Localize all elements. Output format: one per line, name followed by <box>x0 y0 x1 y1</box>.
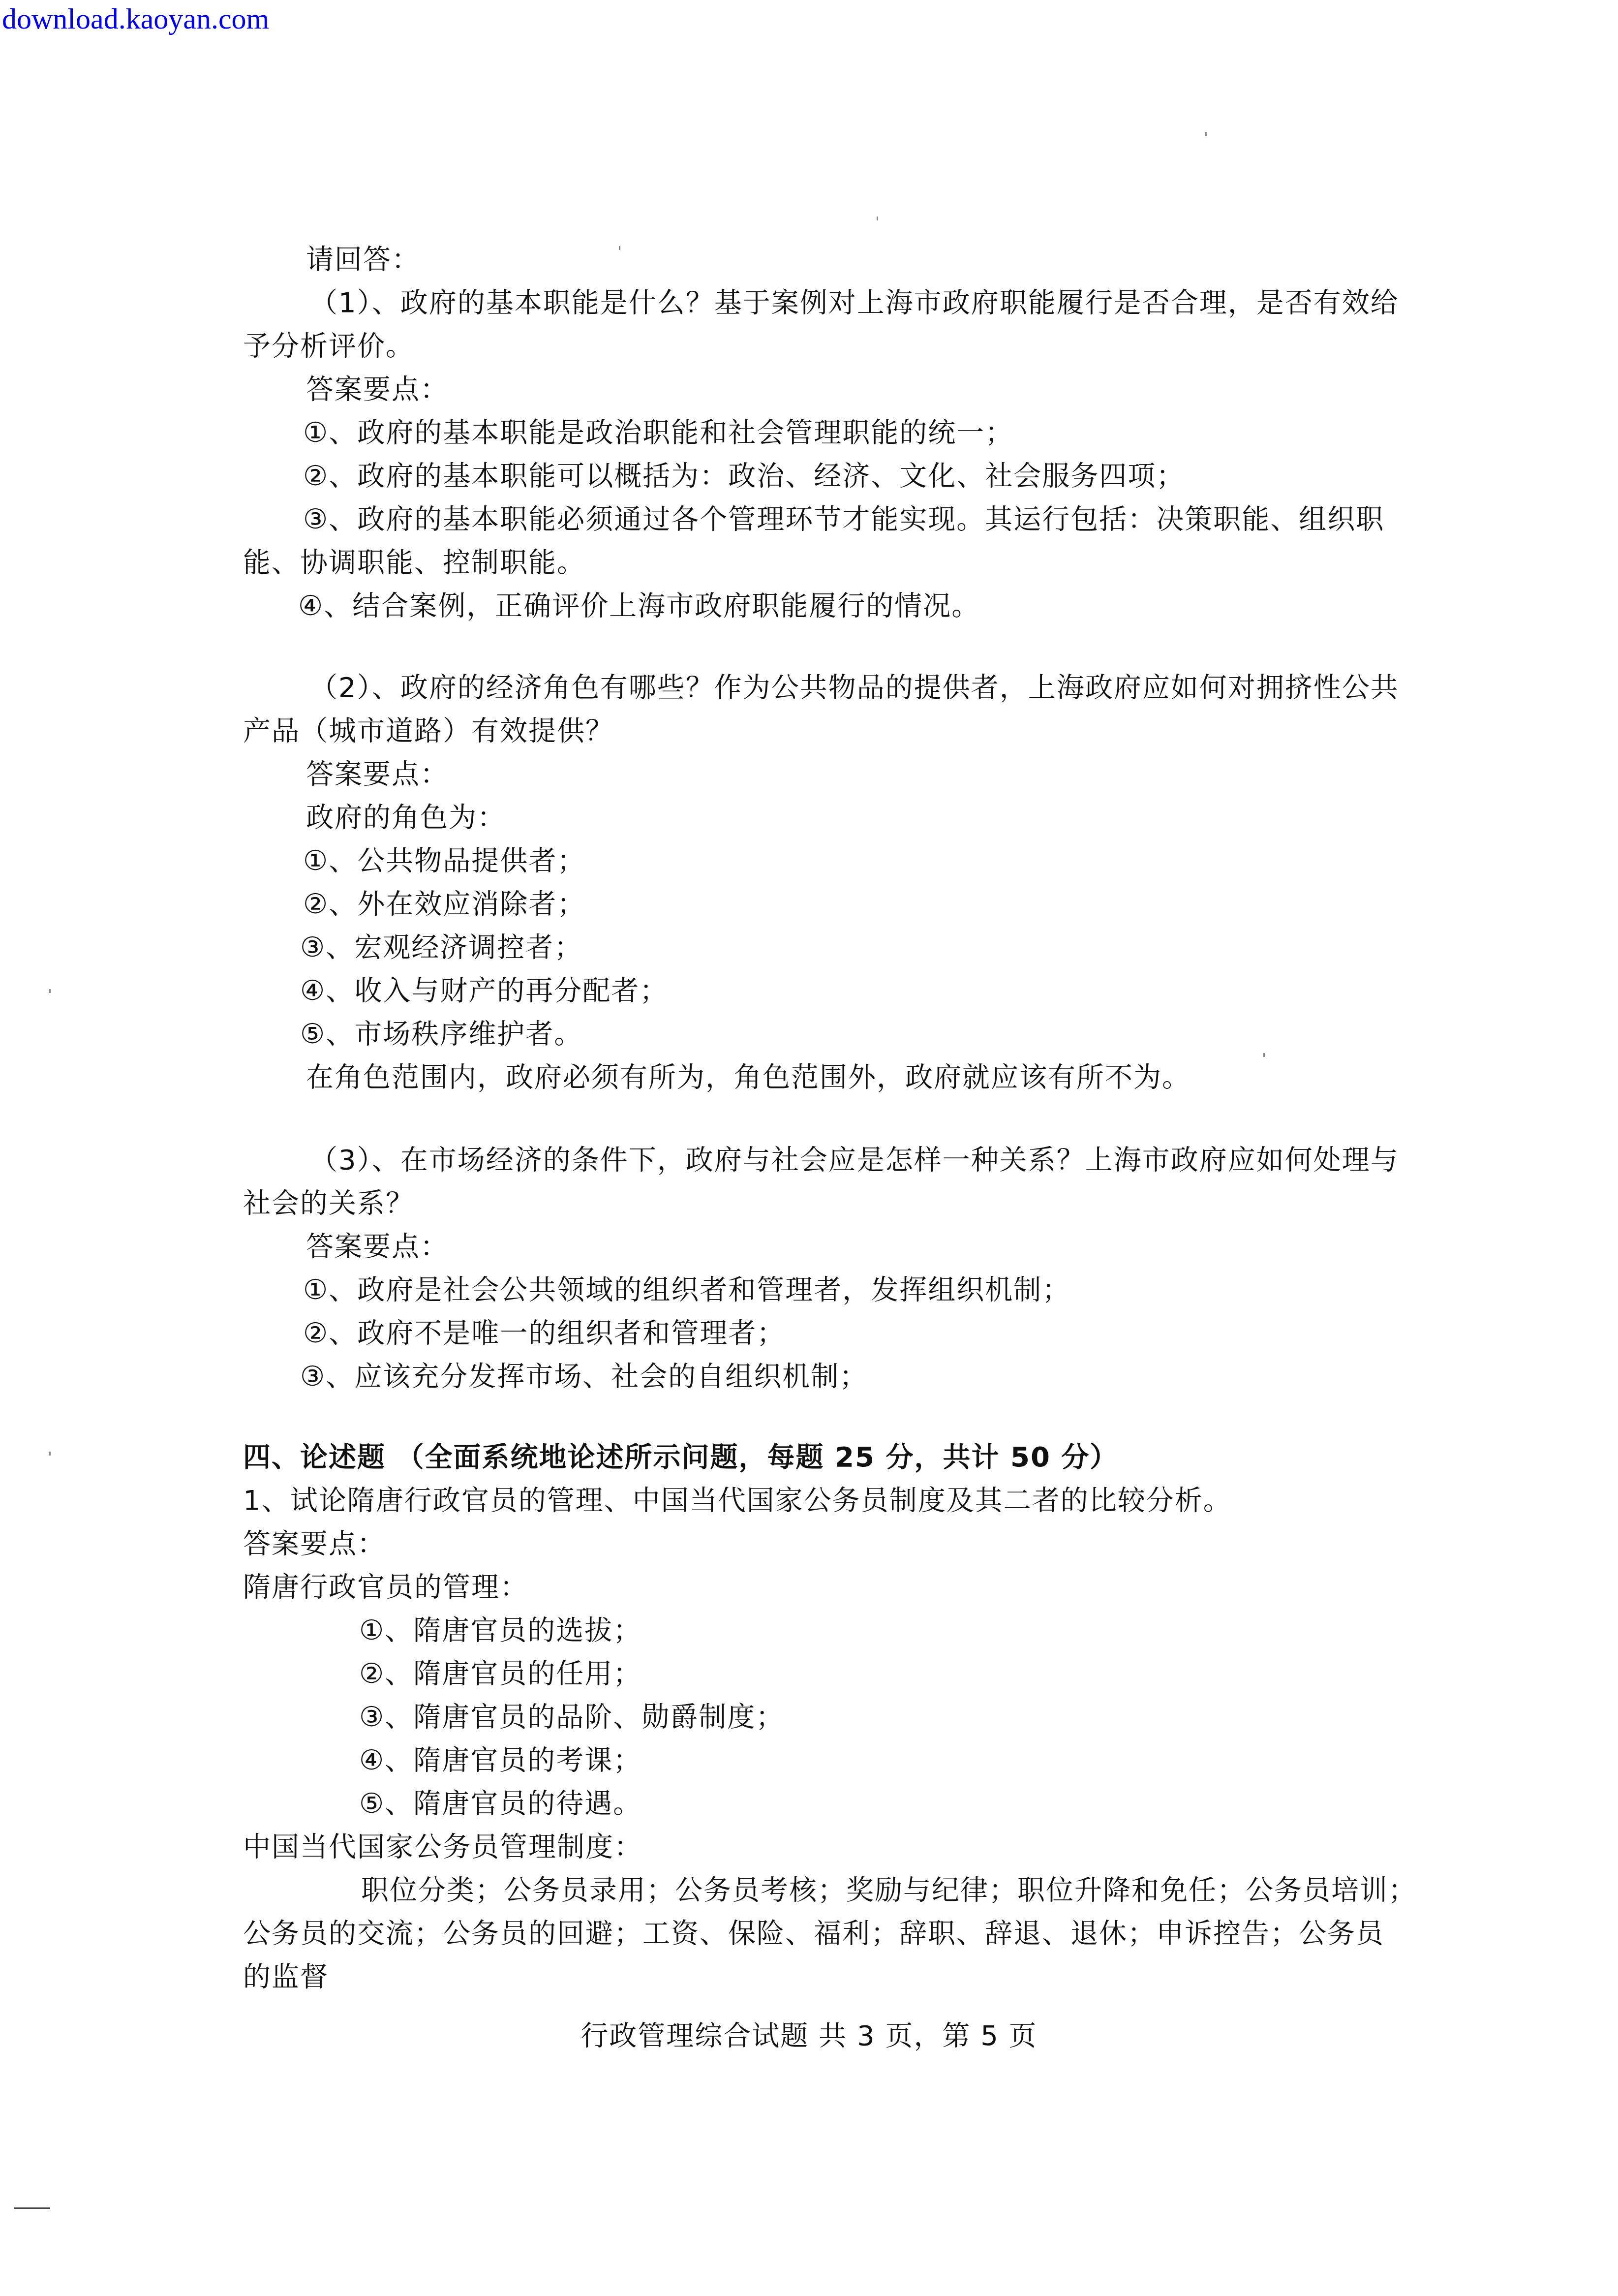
text-line: ②、政府的基本职能可以概括为：政治、经济、文化、社会服务四项； <box>303 463 1185 490</box>
text-line: （3）、在市场经济的条件下，政府与社会应是怎样一种关系？上海市政府应如何处理与 <box>310 1147 1399 1174</box>
scan-speck <box>877 217 878 220</box>
scan-speck <box>49 989 51 993</box>
text-line: 政府的角色为： <box>306 804 506 832</box>
text-line: ③、政府的基本职能必须通过各个管理环节才能实现。其运行包括：决策职能、组织职 <box>303 506 1384 533</box>
scan-margin-mark <box>14 2207 50 2209</box>
text-line: ⑤、隋唐官员的待遇。 <box>359 1790 641 1818</box>
text-line: 的监督 <box>243 1963 329 1991</box>
text-line: 答案要点： <box>306 761 449 788</box>
page-footer: 行政管理综合试题 共 3 页，第 5 页 <box>0 2022 1618 2050</box>
text-line: 社会的关系？ <box>243 1190 414 1217</box>
text-line: 答案要点： <box>243 1530 386 1558</box>
text-line: 公务员的交流；公务员的回避；工资、保险、福利；辞职、辞退、退休；申诉控告；公务员 <box>243 1920 1384 1948</box>
text-line: 1、试论隋唐行政官员的管理、中国当代国家公务员制度及其二者的比较分析。 <box>243 1487 1232 1515</box>
text-line: ③、应该充分发挥市场、社会的自组织机制； <box>300 1363 868 1391</box>
text-line: 产品（城市道路）有效提供？ <box>243 717 614 745</box>
watermark-link[interactable]: download.kaoyan.com <box>2 4 269 33</box>
text-line: ①、政府的基本职能是政治职能和社会管理职能的统一； <box>303 419 1013 447</box>
text-line: （2）、政府的经济角色有哪些？作为公共物品的提供者，上海政府应如何对拥挤性公共 <box>310 674 1399 702</box>
text-line: ③、宏观经济调控者； <box>300 934 582 962</box>
text-line: （1）、政府的基本职能是什么？基于案例对上海市政府职能履行是否合理，是否有效给 <box>310 289 1399 317</box>
text-line: ④、结合案例，正确评价上海市政府职能履行的情况。 <box>298 592 980 620</box>
text-line: ②、外在效应消除者； <box>303 891 585 918</box>
text-line: 予分析评价。 <box>243 333 414 360</box>
text-line: 请回答： <box>306 246 420 274</box>
text-line: 中国当代国家公务员管理制度： <box>243 1833 642 1861</box>
scan-speck <box>619 246 620 250</box>
scan-speck <box>1263 1053 1265 1057</box>
text-line: ④、隋唐官员的考课； <box>359 1747 641 1774</box>
text-line: ⑤、市场秩序维护者。 <box>300 1021 582 1048</box>
text-line: 在角色范围内，政府必须有所为，角色范围外，政府就应该有所不为。 <box>306 1064 1191 1091</box>
text-line: ①、公共物品提供者； <box>303 847 585 875</box>
text-line: ②、隋唐官员的任用； <box>359 1660 641 1688</box>
text-line: 四、论述题 （全面系统地论述所示问题，每题 25 分，共计 50 分） <box>243 1444 1118 1471</box>
text-line: ②、政府不是唯一的组织者和管理者； <box>303 1320 785 1347</box>
text-line: 答案要点： <box>306 1233 449 1261</box>
scan-speck <box>49 1452 51 1456</box>
text-line: ①、隋唐官员的选拔； <box>359 1617 641 1644</box>
text-line: ③、隋唐官员的品阶、勋爵制度； <box>359 1704 784 1731</box>
text-line: 职位分类；公务员录用；公务员考核；奖励与纪律；职位升降和免任；公务员培训； <box>361 1877 1417 1904</box>
text-line: 隋唐行政官员的管理： <box>243 1574 528 1601</box>
text-line: ④、收入与财产的再分配者； <box>300 977 668 1005</box>
text-line: 能、协调职能、控制职能。 <box>243 549 585 577</box>
text-line: 答案要点： <box>306 376 449 403</box>
text-line: ①、政府是社会公共领域的组织者和管理者，发挥组织机制； <box>303 1276 1070 1304</box>
scan-speck <box>1205 132 1207 136</box>
